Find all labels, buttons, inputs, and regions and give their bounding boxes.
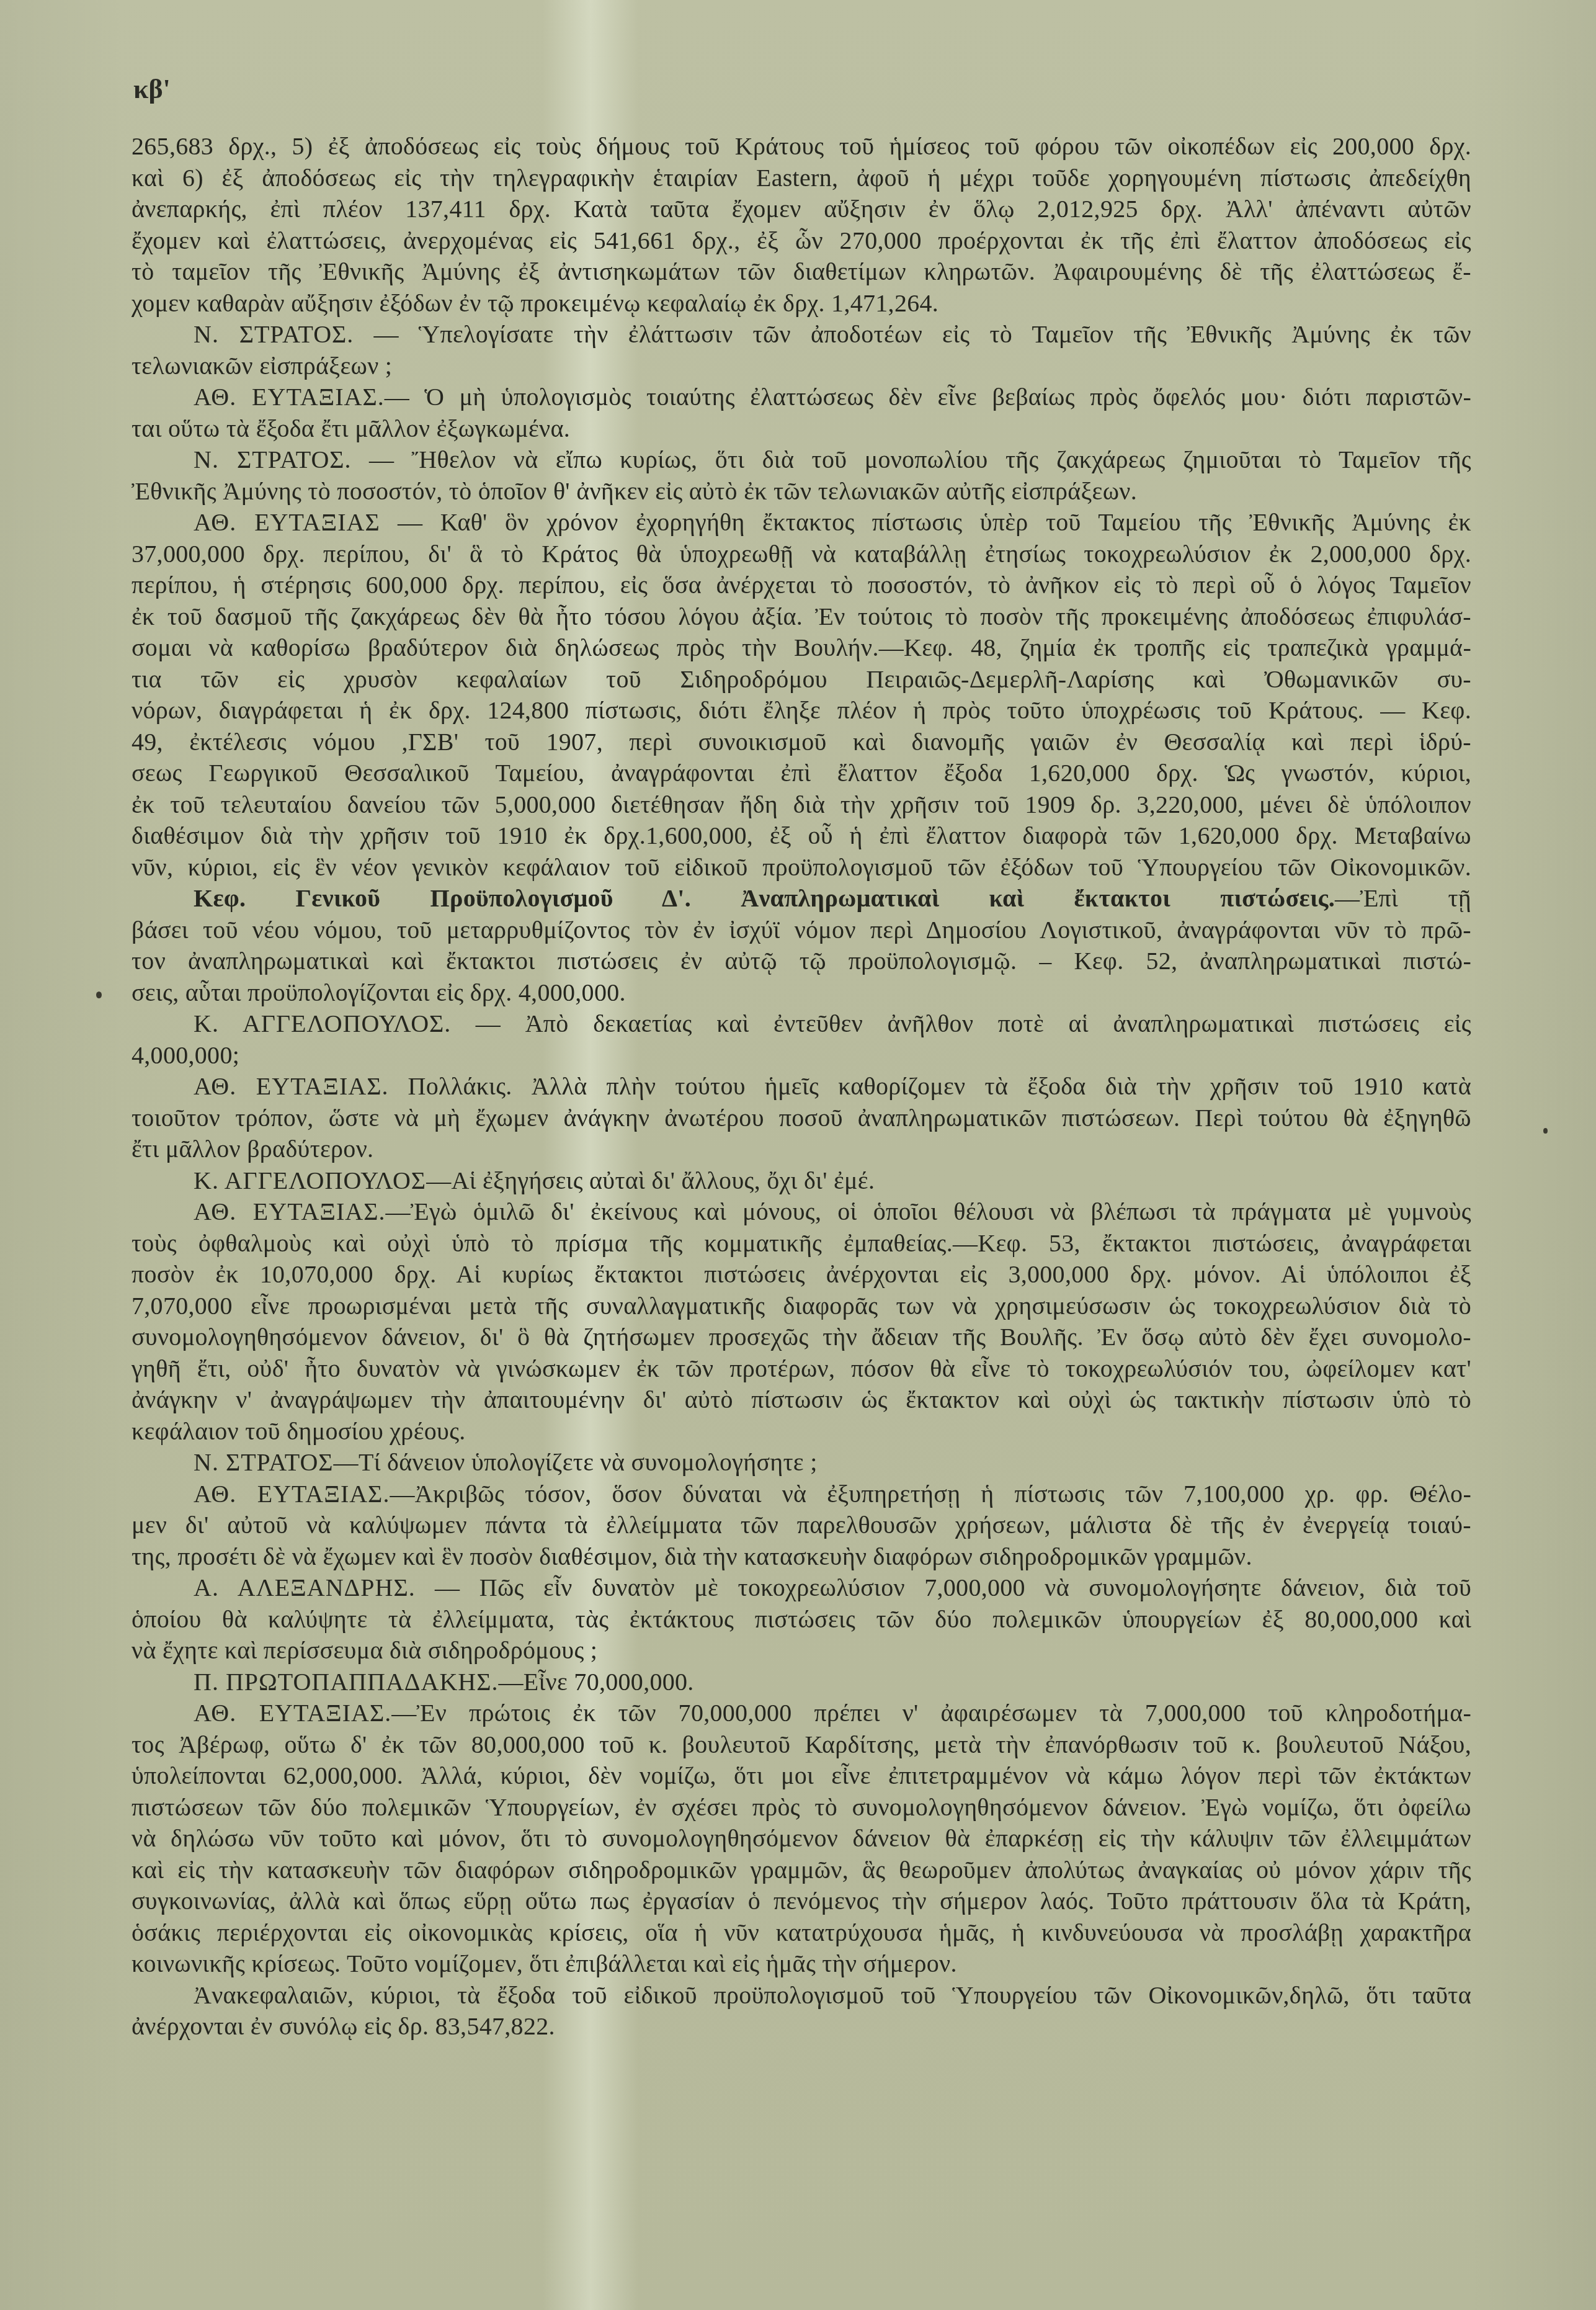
text-line: ἐκ τοῦ δασμοῦ τῆς ζακχάρεως δὲν θὰ ἦτο τ… (132, 602, 1471, 632)
line-text: νὰ δηλώσω νῦν τοῦτο καὶ μόνον, ὅτι τὸ συ… (132, 1824, 1471, 1852)
line-text: συνομολογηθησόμενον δάνειον, δι' ὃ θὰ ζη… (132, 1323, 1471, 1351)
text-line: τοιοῦτον τρόπον, ὥστε νὰ μὴ ἔχωμεν ἀνάγκ… (132, 1103, 1471, 1133)
text-line: ται οὕτω τὰ ἔξοδα ἔτι μᾶλλον ἐξωγκωμένα. (132, 414, 1471, 444)
text-line: συνομολογηθησόμενον δάνειον, δι' ὃ θὰ ζη… (132, 1322, 1471, 1352)
line-text: πιστώσεων τῶν δύο πολεμικῶν Ὑπουργείων, … (132, 1793, 1471, 1821)
line-text: κοινωνικῆς κρίσεως. Τοῦτο νομίζομεν, ὅτι… (132, 1950, 957, 1977)
speech-line: ΑΘ. ΕΥΤΑΞΙΑΣ.—Ἐν πρώτοις ἐκ τῶν 70,000,0… (132, 1698, 1471, 1728)
line-text: σομαι νὰ καθορίσω βραδύτερον διὰ δηλώσεω… (132, 633, 1471, 661)
text-line: ἀνεπαρκής, ἐπὶ πλέον 137,411 δρχ. Κατὰ τ… (132, 194, 1471, 224)
speaker-name: Α. ΑΛΕΞΑΝΔΡΗΣ. (194, 1574, 416, 1601)
text-line: σεις, αὗται προϋπολογίζονται εἰς δρχ. 4,… (132, 978, 1471, 1008)
text-line: ἔτι μᾶλλον βραδύτερον. (132, 1134, 1471, 1164)
line-text: καὶ 6) ἐξ ἀποδόσεως εἰς τὴν τηλεγραφικὴν… (132, 164, 1471, 192)
text-line: της, προσέτι δὲ νὰ ἔχωμεν καὶ ἓν ποσὸν δ… (132, 1542, 1471, 1572)
text-line: περίπου, ἡ στέρησις 600,000 δρχ. περίπου… (132, 570, 1471, 600)
line-text: —Ἐγὼ ὁμιλῶ δι' ἐκείνους καὶ μόνους, οἱ ὁ… (386, 1198, 1471, 1225)
document-body: 265,683 δρχ., 5) ἐξ ἀποδόσεως εἰς τοὺς δ… (132, 132, 1471, 2043)
speaker-name: Π. ΠΡΩΤΟΠΑΠΠΑΔΑΚΗΣ. (194, 1668, 498, 1696)
line-text: Ἐθνικῆς Ἀμύνης τὸ ποσοστόν, τὸ ὁποῖον θ'… (132, 477, 1137, 505)
text-line: ἀνέρχονται ἐν συνόλῳ εἰς δρ. 83,547,822. (132, 2012, 1471, 2041)
line-text: — Ἤθελον νὰ εἴπω κυρίως, ὅτι διὰ τοῦ μον… (352, 445, 1471, 473)
text-line: καὶ εἰς τὴν κατασκευὴν τῶν διαφόρων σιδη… (132, 1855, 1471, 1885)
text-line: σομαι νὰ καθορίσω βραδύτερον διὰ δηλώσεω… (132, 633, 1471, 663)
line-text: τελωνιακῶν εἰσπράξεων ; (132, 352, 392, 380)
line-text: μεν δι' αὐτοῦ νὰ καλύψωμεν πάντα τὰ ἐλλε… (132, 1511, 1471, 1539)
line-text: — Ὁ μὴ ὑπολογισμὸς τοιαύτης ἐλαττώσεως δ… (385, 383, 1471, 411)
line-text: σεως Γεωργικοῦ Θεσσαλικοῦ Ταμείου, ἀναγρ… (132, 759, 1471, 787)
text-line: κοινωνικῆς κρίσεως. Τοῦτο νομίζομεν, ὅτι… (132, 1949, 1471, 1979)
ink-speck (1543, 1128, 1548, 1134)
line-text: — Πῶς εἶν δυνατὸν μὲ τοκοχρεωλύσιον 7,00… (416, 1574, 1471, 1601)
speech-line: Κ. ΑΓΓΕΛΟΠΟΥΛΟΣ—Αἱ ἐξηγήσεις αὐταὶ δι' ἄ… (132, 1166, 1471, 1196)
section-heading-line: Κεφ. Γενικοῦ Προϋπολογισμοῦ Δ'. Ἀναπληρω… (132, 884, 1471, 913)
text-line: σεως Γεωργικοῦ Θεσσαλικοῦ Ταμείου, ἀναγρ… (132, 758, 1471, 788)
line-text: 49, ἐκτέλεσις νόμου ,ΓΣΒ' τοῦ 1907, περὶ… (132, 728, 1471, 756)
line-text: κεφάλαιον τοῦ δημοσίου χρέους. (132, 1417, 466, 1445)
line-text: τοὺς ὀφθαλμοὺς καὶ οὐχὶ ὑπὸ τὸ πρίσμα τῆ… (132, 1229, 1471, 1257)
line-text: νόρων, διαγράφεται ἡ ἐκ δρχ. 124,800 πίσ… (132, 696, 1471, 724)
line-text: γηθῆ ἔτι, οὐδ' ἦτο δυνατὸν νὰ γινώσκωμεν… (132, 1354, 1471, 1382)
speech-line: Ν. ΣΤΡΑΤΟΣ. — Ἤθελον νὰ εἴπω κυρίως, ὅτι… (132, 445, 1471, 475)
line-text: τον ἀναπληρωματικαὶ καὶ ἔκτακτοι πιστώσε… (132, 947, 1471, 975)
text-line: 265,683 δρχ., 5) ἐξ ἀποδόσεως εἰς τοὺς δ… (132, 132, 1471, 161)
line-text: καὶ εἰς τὴν κατασκευὴν τῶν διαφόρων σιδη… (132, 1856, 1471, 1884)
line-text: σεις, αὗται προϋπολογίζονται εἰς δρχ. 4,… (132, 978, 626, 1006)
text-line: τὸ ταμεῖον τῆς Ἐθνικῆς Ἀμύνης ἐξ ἀντισηκ… (132, 257, 1471, 287)
text-line: νόρων, διαγράφεται ἡ ἐκ δρχ. 124,800 πίσ… (132, 696, 1471, 725)
line-text: τὸ ταμεῖον τῆς Ἐθνικῆς Ἀμύνης ἐξ ἀντισηκ… (132, 257, 1471, 285)
line-text: ὁσάκις περιέρχονται εἰς οἰκονομικὰς κρίσ… (132, 1918, 1471, 1946)
text-line: ἔχομεν καὶ ἐλαττώσεις, ἀνερχομένας εἰς 5… (132, 226, 1471, 256)
line-text: Πολλάκις. Ἀλλὰ πλὴν τούτου ἡμεῖς καθορίζ… (389, 1072, 1472, 1100)
speech-line: Κ. ΑΓΓΕΛΟΠΟΥΛΟΣ. — Ἀπὸ δεκαετίας καὶ ἐντ… (132, 1009, 1471, 1039)
speaker-name: Ν. ΣΤΡΑΤΟΣ (194, 1448, 334, 1476)
speaker-name: Κ. ΑΓΓΕΛΟΠΟΥΛΟΣ (194, 1166, 426, 1194)
line-text: ὑπολείπονται 62,000,000. Ἀλλά, κύριοι, δ… (132, 1762, 1471, 1789)
line-text: —Τί δάνειον ὑπολογίζετε νὰ συνομολογήσητ… (334, 1448, 818, 1476)
text-line: χομεν καθαρὰν αὔξησιν ἐξόδων ἐν τῷ προκε… (132, 289, 1471, 318)
text-line: 7,070,000 εἶνε προωρισμέναι μετὰ τῆς συν… (132, 1291, 1471, 1321)
text-line: τελωνιακῶν εἰσπράξεων ; (132, 351, 1471, 381)
line-text: — Ὑπελογίσατε τὴν ἐλάττωσιν τῶν ἀποδοτέω… (354, 320, 1471, 348)
line-text: περίπου, ἡ στέρησις 600,000 δρχ. περίπου… (132, 571, 1471, 599)
text-line: διαθέσιμον διὰ τὴν χρῆσιν τοῦ 1910 ἐκ δρ… (132, 821, 1471, 851)
speech-line: Α. ΑΛΕΞΑΝΔΡΗΣ. — Πῶς εἶν δυνατὸν μὲ τοκο… (132, 1573, 1471, 1603)
line-text: ἔτι μᾶλλον βραδύτερον. (132, 1135, 373, 1163)
text-line: 4,000,000; (132, 1041, 1471, 1070)
text-line: νὰ ἔχητε καὶ περίσσευμα διὰ σιδηροδρόμου… (132, 1636, 1471, 1665)
speaker-name: ΑΘ. ΕΥΤΑΞΙΑΣ. (194, 1480, 390, 1508)
text-line: Ἐθνικῆς Ἀμύνης τὸ ποσοστόν, τὸ ὁποῖον θ'… (132, 477, 1471, 506)
speaker-name: Ν. ΣΤΡΑΤΟΣ. (194, 320, 354, 348)
text-line: ὁσάκις περιέρχονται εἰς οἰκονομικὰς κρίσ… (132, 1918, 1471, 1948)
speaker-name: Κ. ΑΓΓΕΛΟΠΟΥΛΟΣ. (194, 1010, 451, 1037)
text-line: τος Ἀβέρωφ, οὕτω δ' ἐκ τῶν 80,000,000 το… (132, 1730, 1471, 1760)
text-line: τοὺς ὀφθαλμοὺς καὶ οὐχὶ ὑπὸ τὸ πρίσμα τῆ… (132, 1229, 1471, 1258)
speech-line: ΑΘ. ΕΥΤΑΞΙΑΣ.—Ἀκριβῶς τόσον, ὅσον δύνατα… (132, 1479, 1471, 1509)
line-text: ται οὕτω τὰ ἔξοδα ἔτι μᾶλλον ἐξωγκωμένα. (132, 414, 570, 442)
line-text: νὰ ἔχητε καὶ περίσσευμα διὰ σιδηροδρόμου… (132, 1636, 597, 1664)
text-line: συγκοινωνίας, ἀλλὰ καὶ ὅπως εὕρῃ οὕτω πω… (132, 1886, 1471, 1916)
speech-line: ΑΘ. ΕΥΤΑΞΙΑΣ — Καθ' ὃν χρόνον ἐχορηγήθη … (132, 508, 1471, 537)
line-text: —Ἐν πρώτοις ἐκ τῶν 70,000,000 πρέπει ν' … (391, 1699, 1471, 1727)
line-text: ὁποίου θὰ καλύψητε τὰ ἐλλείμματα, τὰς ἐκ… (132, 1605, 1471, 1633)
line-text: ἐκ τοῦ τελευταίου δανείου τῶν 5,000,000 … (132, 790, 1471, 818)
text-line: ὁποίου θὰ καλύψητε τὰ ἐλλείμματα, τὰς ἐκ… (132, 1605, 1471, 1634)
text-line: τον ἀναπληρωματικαὶ καὶ ἔκτακτοι πιστώσε… (132, 946, 1471, 976)
text-line: ποσὸν ἐκ 10,070,000 δρχ. Αἱ κυρίως ἔκτακ… (132, 1260, 1471, 1289)
line-text: — Καθ' ὃν χρόνον ἐχορηγήθη ἔκτακτος πίστ… (380, 508, 1471, 536)
line-text: 7,070,000 εἶνε προωρισμέναι μετὰ τῆς συν… (132, 1292, 1471, 1320)
line-text: ἀνάγκην ν' ἀναγράψωμεν τὴν ἀπαιτουμένην … (132, 1386, 1471, 1413)
line-text: 4,000,000; (132, 1041, 239, 1069)
speaker-name: ΑΘ. ΕΥΤΑΞΙΑΣ. (194, 1198, 386, 1225)
line-text: ἔχομεν καὶ ἐλαττώσεις, ἀνερχομένας εἰς 5… (132, 226, 1471, 254)
text-line: καὶ 6) ἐξ ἀποδόσεως εἰς τὴν τηλεγραφικὴν… (132, 163, 1471, 193)
line-text: —Αἱ ἐξηγήσεις αὐταὶ δι' ἄλλους, ὄχι δι' … (426, 1166, 875, 1194)
line-text: —Εἶνε 70,000,000. (498, 1668, 693, 1696)
line-text: Ἀνακεφαλαιῶν, κύριοι, τὰ ἔξοδα τοῦ εἰδικ… (194, 1981, 1471, 2009)
text-line: 37,000,000 δρχ. περίπου, δι' ἃ τὸ Κράτος… (132, 539, 1471, 569)
line-text: 265,683 δρχ., 5) ἐξ ἀποδόσεως εἰς τοὺς δ… (132, 132, 1471, 160)
text-line: ἐκ τοῦ τελευταίου δανείου τῶν 5,000,000 … (132, 790, 1471, 820)
speech-line: Ν. ΣΤΡΑΤΟΣ. — Ὑπελογίσατε τὴν ἐλάττωσιν … (132, 320, 1471, 349)
line-text: χομεν καθαρὰν αὔξησιν ἐξόδων ἐν τῷ προκε… (132, 289, 938, 317)
speaker-name: ΑΘ. ΕΥΤΑΞΙΑΣ. (194, 1072, 389, 1100)
line-text: διαθέσιμον διὰ τὴν χρῆσιν τοῦ 1910 ἐκ δρ… (132, 821, 1471, 849)
speaker-name: ΑΘ. ΕΥΤΑΞΙΑΣ. (194, 1699, 391, 1727)
line-text: συγκοινωνίας, ἀλλὰ καὶ ὅπως εὕρῃ οὕτω πω… (132, 1887, 1471, 1915)
line-text: —Ἀκριβῶς τόσον, ὅσον δύναται νὰ ἐξυπηρετ… (390, 1480, 1471, 1508)
text-line: τια τῶν εἰς χρυσὸν κεφαλαίων τοῦ Σιδηροδ… (132, 665, 1471, 694)
line-text: της, προσέτι δὲ νὰ ἔχωμεν καὶ ἓν ποσὸν δ… (132, 1542, 1252, 1570)
line-text: ἀνέρχονται ἐν συνόλῳ εἰς δρ. 83,547,822. (132, 2012, 555, 2040)
text-line: βάσει τοῦ νέου νόμου, τοῦ μεταρρυθμίζοντ… (132, 915, 1471, 945)
line-text: νῦν, κύριοι, εἰς ἓν νέον γενικὸν κεφάλαι… (132, 853, 1471, 881)
text-line: ἀνάγκην ν' ἀναγράψωμεν τὴν ἀπαιτουμένην … (132, 1385, 1471, 1415)
line-text: τοιοῦτον τρόπον, ὥστε νὰ μὴ ἔχωμεν ἀνάγκ… (132, 1104, 1471, 1132)
speech-line: ΑΘ. ΕΥΤΑΞΙΑΣ. Πολλάκις. Ἀλλὰ πλὴν τούτου… (132, 1072, 1471, 1101)
line-text: ἐκ τοῦ δασμοῦ τῆς ζακχάρεως δὲν θὰ ἦτο τ… (132, 602, 1471, 630)
text-line: γηθῆ ἔτι, οὐδ' ἦτο δυνατὸν νὰ γινώσκωμεν… (132, 1354, 1471, 1384)
line-text: ἀνεπαρκής, ἐπὶ πλέον 137,411 δρχ. Κατὰ τ… (132, 195, 1471, 223)
speech-line: Ν. ΣΤΡΑΤΟΣ—Τί δάνειον ὑπολογίζετε νὰ συν… (132, 1448, 1471, 1477)
text-line: ὑπολείπονται 62,000,000. Ἀλλά, κύριοι, δ… (132, 1761, 1471, 1791)
line-text: 37,000,000 δρχ. περίπου, δι' ἃ τὸ Κράτος… (132, 540, 1471, 568)
speech-line: ΑΘ. ΕΥΤΑΞΙΑΣ.— Ὁ μὴ ὑπολογισμὸς τοιαύτης… (132, 382, 1471, 412)
speaker-name: Ν. ΣΤΡΑΤΟΣ. (194, 445, 352, 473)
text-line: κεφάλαιον τοῦ δημοσίου χρέους. (132, 1417, 1471, 1446)
text-line: μεν δι' αὐτοῦ νὰ καλύψωμεν πάντα τὰ ἐλλε… (132, 1510, 1471, 1540)
line-text: ποσὸν ἐκ 10,070,000 δρχ. Αἱ κυρίως ἔκτακ… (132, 1260, 1471, 1288)
line-text: τια τῶν εἰς χρυσὸν κεφαλαίων τοῦ Σιδηροδ… (132, 665, 1471, 693)
text-line: 49, ἐκτέλεσις νόμου ,ΓΣΒ' τοῦ 1907, περὶ… (132, 727, 1471, 757)
text-line: Ἀνακεφαλαιῶν, κύριοι, τὰ ἔξοδα τοῦ εἰδικ… (132, 1981, 1471, 2010)
speaker-name: ΑΘ. ΕΥΤΑΞΙΑΣ. (194, 383, 385, 411)
line-text: τος Ἀβέρωφ, οὕτω δ' ἐκ τῶν 80,000,000 το… (132, 1730, 1471, 1758)
text-line: νῦν, κύριοι, εἰς ἓν νέον γενικὸν κεφάλαι… (132, 853, 1471, 882)
page-number: κβ' (133, 73, 171, 105)
line-text: —Ἐπὶ τῇ (1335, 884, 1471, 912)
ink-speck (96, 992, 102, 998)
text-line: νὰ δηλώσω νῦν τοῦτο καὶ μόνον, ὅτι τὸ συ… (132, 1824, 1471, 1853)
line-text: — Ἀπὸ δεκαετίας καὶ ἐντεῦθεν ἀνῆλθον ποτ… (451, 1010, 1471, 1037)
speech-line: Π. ΠΡΩΤΟΠΑΠΠΑΔΑΚΗΣ.—Εἶνε 70,000,000. (132, 1667, 1471, 1697)
speech-line: ΑΘ. ΕΥΤΑΞΙΑΣ.—Ἐγὼ ὁμιλῶ δι' ἐκείνους καὶ… (132, 1197, 1471, 1227)
section-heading: Κεφ. Γενικοῦ Προϋπολογισμοῦ Δ'. Ἀναπληρω… (194, 884, 1335, 912)
line-text: βάσει τοῦ νέου νόμου, τοῦ μεταρρυθμίζοντ… (132, 916, 1471, 944)
speaker-name: ΑΘ. ΕΥΤΑΞΙΑΣ (194, 508, 380, 536)
text-line: πιστώσεων τῶν δύο πολεμικῶν Ὑπουργείων, … (132, 1793, 1471, 1822)
